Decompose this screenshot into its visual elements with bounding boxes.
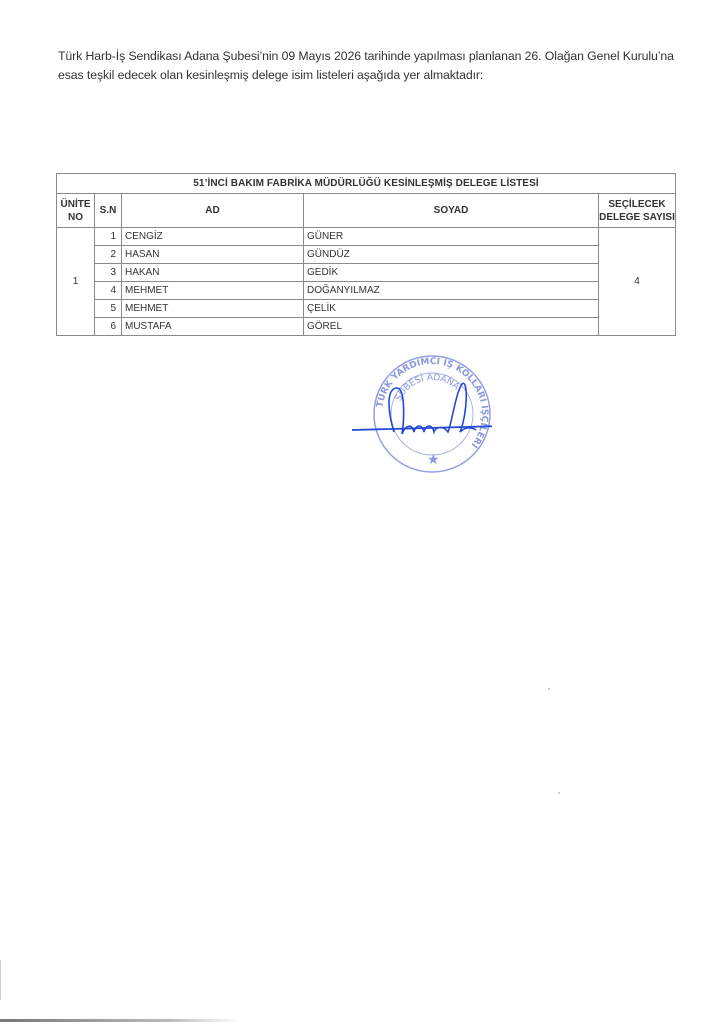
scan-speck: [548, 688, 550, 690]
intro-line-2: esas teşkil edecek olan kesinleşmiş dele…: [58, 66, 698, 85]
row-sn: 3: [95, 264, 122, 282]
row-soyad: DOĞANYILMAZ: [304, 282, 599, 300]
table-row: 4 MEHMET DOĞANYILMAZ: [57, 282, 676, 300]
row-sn: 2: [95, 246, 122, 264]
header-unit-no-line2: NO: [68, 212, 83, 223]
intro-line-1: Türk Harb-İş Sendikası Adana Şubesi’nin …: [58, 47, 698, 66]
unit-no-cell: 1: [57, 228, 95, 336]
row-ad: MEHMET: [122, 282, 304, 300]
table-row: 6 MUSTAFA GÖREL: [57, 318, 676, 336]
row-sn: 4: [95, 282, 122, 300]
scan-edge-left: [0, 960, 1, 1000]
header-count-line1: SEÇİLECEK: [608, 199, 665, 210]
svg-text:★: ★: [427, 451, 440, 467]
stamp-seal-icon: TÜRK YARDIMCI İŞ KOLLARI İŞÇİLERİ ŞUBESİ…: [352, 352, 492, 477]
scan-speck: [558, 792, 560, 794]
table-row: 2 HASAN GÜNDÜZ: [57, 246, 676, 264]
header-ad: AD: [122, 194, 304, 228]
row-soyad: GÜNER: [304, 228, 599, 246]
row-sn: 1: [95, 228, 122, 246]
row-soyad: GÖREL: [304, 318, 599, 336]
row-soyad: GEDİK: [304, 264, 599, 282]
row-sn: 6: [95, 318, 122, 336]
header-count-line2: DELEGE SAYISI: [599, 212, 675, 223]
table-title: 51’İNCİ BAKIM FABRİKA MÜDÜRLÜĞÜ KESİNLEŞ…: [57, 174, 676, 194]
table-row: 1 1 CENGİZ GÜNER 4: [57, 228, 676, 246]
row-soyad: GÜNDÜZ: [304, 246, 599, 264]
table-row: 5 MEHMET ÇELİK: [57, 300, 676, 318]
delegate-list-table: 51’İNCİ BAKIM FABRİKA MÜDÜRLÜĞÜ KESİNLEŞ…: [56, 173, 676, 336]
official-stamp-with-signature: TÜRK YARDIMCI İŞ KOLLARI İŞÇİLERİ ŞUBESİ…: [352, 352, 492, 477]
row-sn: 5: [95, 300, 122, 318]
header-soyad: SOYAD: [304, 194, 599, 228]
row-ad: CENGİZ: [122, 228, 304, 246]
header-unit-no-line1: ÜNİTE: [61, 199, 91, 210]
header-sn: S.N: [95, 194, 122, 228]
row-ad: HASAN: [122, 246, 304, 264]
intro-paragraph: Türk Harb-İş Sendikası Adana Şubesi’nin …: [58, 47, 698, 85]
header-unit-no: ÜNİTE NO: [57, 194, 95, 228]
row-ad: HAKAN: [122, 264, 304, 282]
row-soyad: ÇELİK: [304, 300, 599, 318]
header-delegate-count: SEÇİLECEK DELEGE SAYISI: [599, 194, 676, 228]
row-ad: MEHMET: [122, 300, 304, 318]
row-ad: MUSTAFA: [122, 318, 304, 336]
scan-edge-bottom: [0, 1019, 240, 1022]
delegate-count-cell: 4: [599, 228, 676, 336]
table-row: 3 HAKAN GEDİK: [57, 264, 676, 282]
